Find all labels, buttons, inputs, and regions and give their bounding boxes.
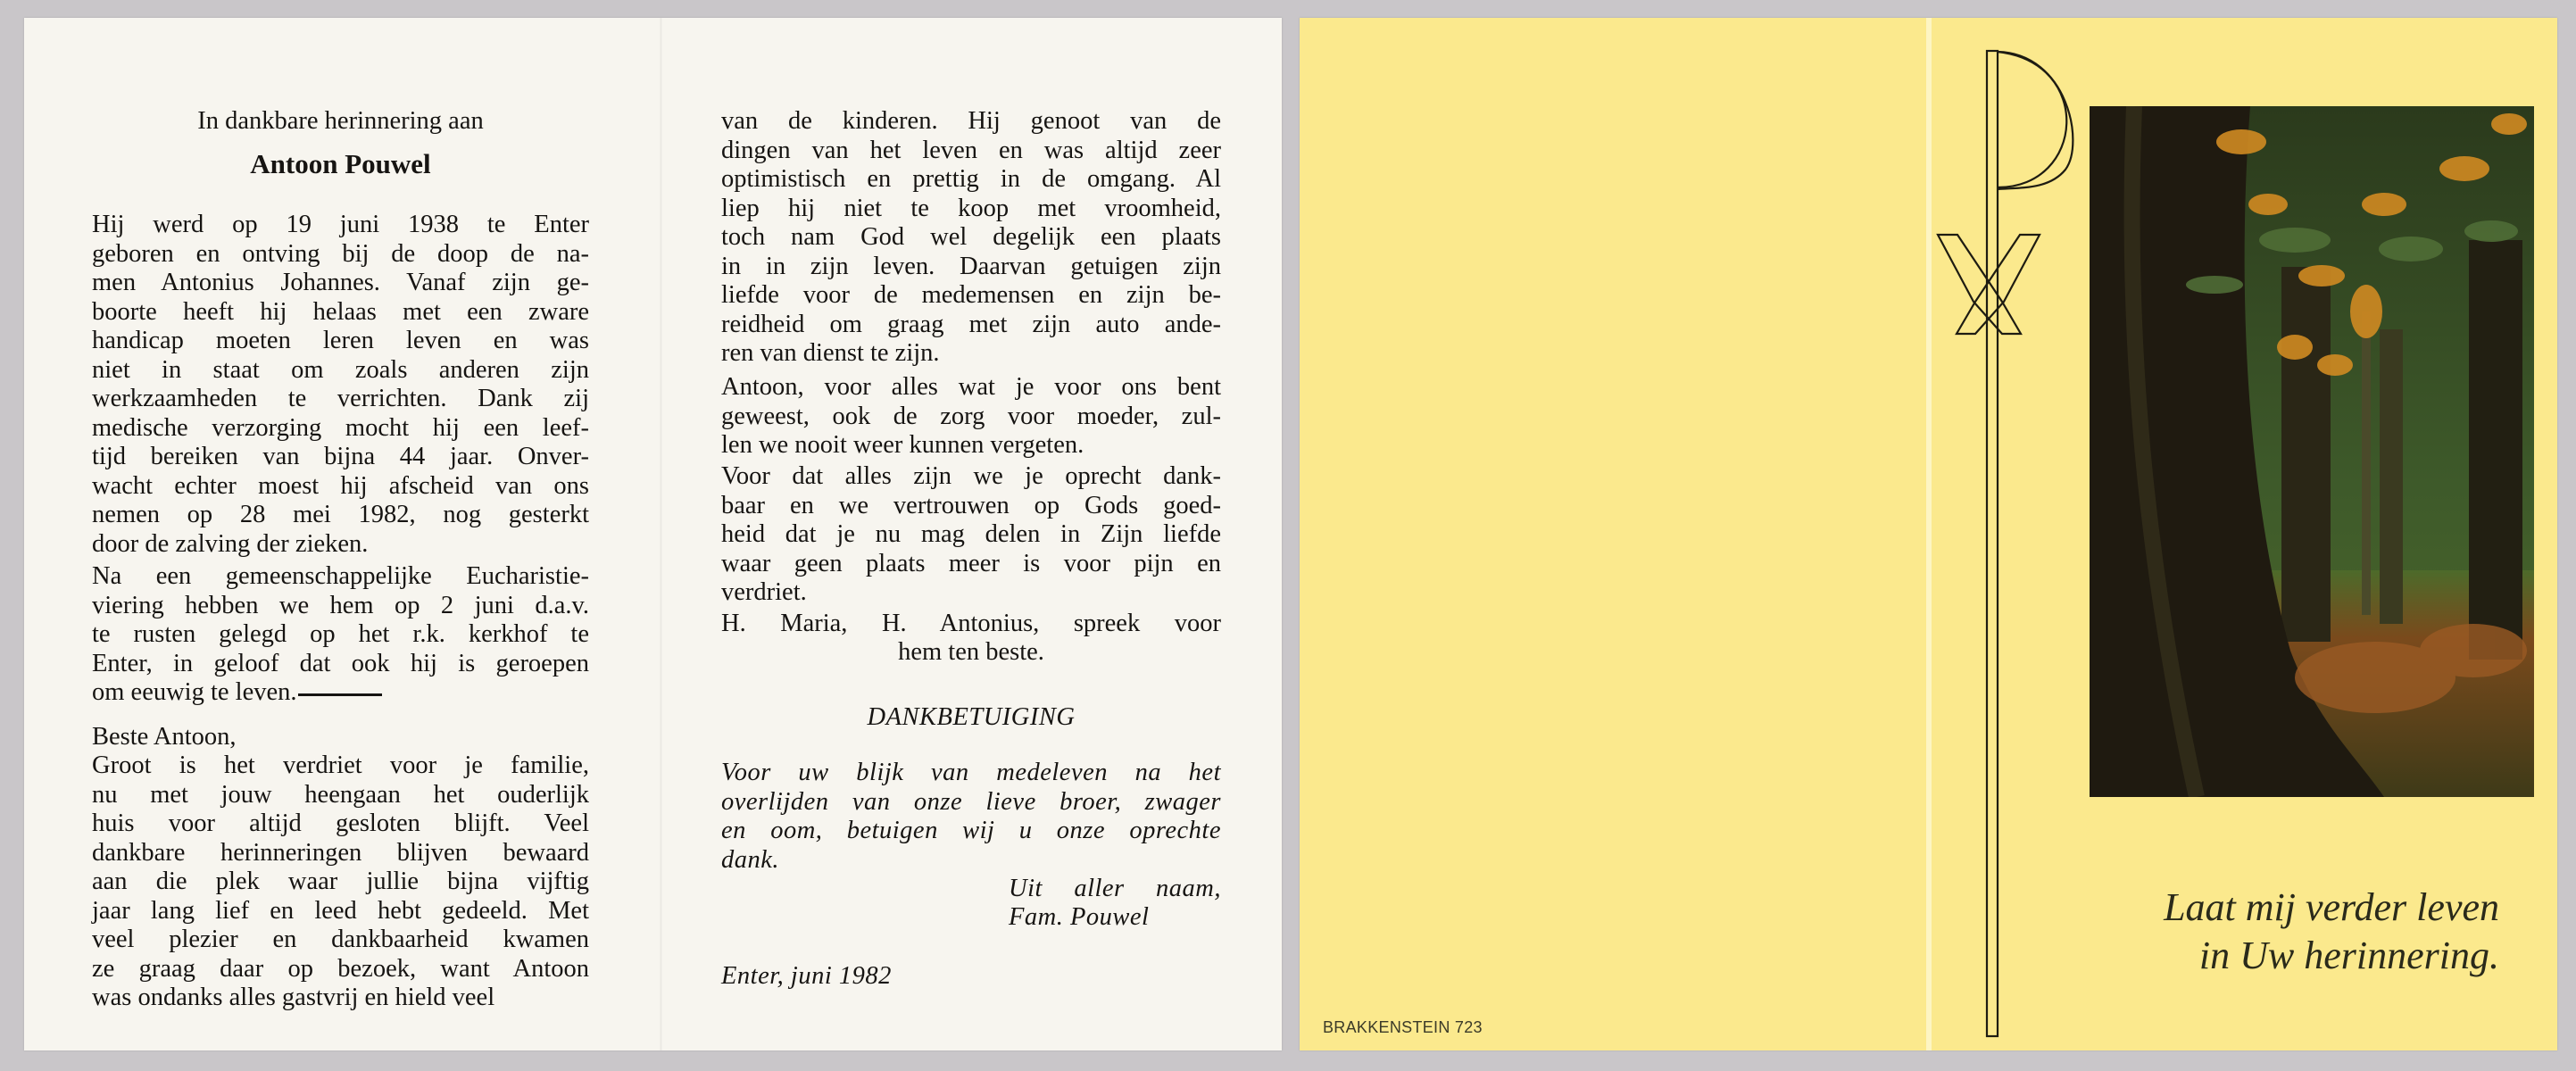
text-line: Hij werd op 19 juni 1938 te Enter xyxy=(92,211,589,240)
text-line: handicap moeten leren leven en was xyxy=(92,327,589,356)
signature-line-1: Uit aller naam, xyxy=(1009,875,1221,904)
place-date: Enter, juni 1982 xyxy=(721,962,1221,992)
text-line: liep hij niet te koop met vroomheid, xyxy=(721,195,1221,224)
text-line: optimistisch en prettig in de omgang. Al xyxy=(721,165,1221,195)
text-line: nu met jouw heengaan het ouderlijk xyxy=(92,781,589,810)
text-line: Enter, in geloof dat ook hij is geroepen xyxy=(92,650,589,679)
character-paragraph: van de kinderen. Hij genoot van dedingen… xyxy=(721,107,1221,369)
text-line: en oom, betuigen wij u onze oprechte xyxy=(721,817,1221,846)
funeral-paragraph: Na een gemeenschappelijke Eucharistie-vi… xyxy=(92,562,589,708)
divider xyxy=(298,693,382,696)
biography-paragraph: Hij werd op 19 juni 1938 te Entergeboren… xyxy=(92,211,589,559)
text-line: reidheid om graag met zijn auto ande- xyxy=(721,311,1221,340)
text-line: huis voor altijd gesloten blijft. Veel xyxy=(92,809,589,839)
text-line: Antoon, voor alles wat je voor ons bent xyxy=(721,373,1221,403)
text-line: heid dat je nu mag delen in Zijn liefde xyxy=(721,520,1221,550)
text-line: viering hebben we hem op 2 juni d.a.v. xyxy=(92,592,589,621)
outer-card: BRAKKENSTEIN 723 xyxy=(1300,18,2557,1050)
memorial-heading: In dankbare herinnering aan xyxy=(92,107,589,137)
text-line: Voor uw blijk van medeleven na het xyxy=(721,759,1221,788)
text-line: toch nam God wel degelijk een plaats xyxy=(721,223,1221,253)
text-line: medische verzorging mocht hij een leef- xyxy=(92,414,589,444)
deceased-name: Antoon Pouwel xyxy=(92,150,589,179)
text-line: door de zalving der zieken. xyxy=(92,530,589,560)
autumn-forest-photo xyxy=(2090,106,2534,797)
inner-card: In dankbare herinnering aan Antoon Pouwe… xyxy=(24,18,1282,1050)
text-line: Na een gemeenschappelijke Eucharistie- xyxy=(92,562,589,592)
text-line: wacht echter moest hij afscheid van ons xyxy=(92,472,589,502)
text-line: in in zijn leven. Daarvan getuigen zijn xyxy=(721,253,1221,282)
text-line: ze graag daar op bezoek, want Antoon xyxy=(92,955,589,984)
text-line: werkzaamheden te verrichten. Dank zij xyxy=(92,385,589,414)
text-line: len we nooit weer kunnen vergeten. xyxy=(721,431,1221,461)
text-line: aan die plek waar jullie bijna vijftig xyxy=(92,868,589,897)
text-line: was ondanks alles gastvrij en hield veel xyxy=(92,984,589,1013)
signature-line-2: Fam. Pouwel xyxy=(1009,903,1221,933)
text-line: men Antonius Johannes. Vanaf zijn ge- xyxy=(92,269,589,298)
text-line: nemen op 28 mei 1982, nog gesterkt xyxy=(92,501,589,530)
text-line: verdriet. xyxy=(721,578,1221,608)
text-line: ren van dienst te zijn. xyxy=(721,339,1221,369)
text-line: overlijden van onze lieve broer, zwager xyxy=(721,788,1221,818)
thanks-heading: DANKBETUIGING xyxy=(721,703,1221,733)
faith-paragraph: Voor dat alles zijn we je oprecht dank-b… xyxy=(721,462,1221,608)
prayer-line: H. Maria, H. Antonius, spreek voor xyxy=(721,610,1221,639)
text-line: te rusten gelegd op het r.k. kerkhof te xyxy=(92,620,589,650)
text-line: Groot is het verdriet voor je familie, xyxy=(92,751,589,781)
caption: Laat mij verder leven in Uw herinnering. xyxy=(2164,884,2499,980)
thanks-paragraph: Voor uw blijk van medeleven na hetoverli… xyxy=(721,759,1221,875)
gratitude-paragraph: Antoon, voor alles wat je voor ons bentg… xyxy=(721,373,1221,461)
letter-paragraph: Groot is het verdriet voor je familie,nu… xyxy=(92,751,589,1013)
text-line: dankbare herinneringen blijven bewaard xyxy=(92,839,589,868)
salutation: Beste Antoon, xyxy=(92,723,589,752)
text-line: van de kinderen. Hij genoot van de xyxy=(721,107,1221,137)
text-line: geboren en ontving bij de doop de na- xyxy=(92,240,589,270)
text-line: veel plezier en dankbaarheid kwamen xyxy=(92,926,589,955)
text-line: baar en we vertrouwen op Gods goed- xyxy=(721,492,1221,521)
text-line: dingen van het leven en was altijd zeer xyxy=(721,137,1221,166)
fold-line xyxy=(660,18,662,1050)
text-line: liefde voor de medemensen en zijn be- xyxy=(721,281,1221,311)
text-line: dank. xyxy=(721,846,1221,876)
text-line: niet in staat om zoals anderen zijn xyxy=(92,356,589,386)
text-line: Voor dat alles zijn we je oprecht dank- xyxy=(721,462,1221,492)
text-line: boorte heeft hij helaas met een zware xyxy=(92,298,589,328)
caption-line-1: Laat mij verder leven xyxy=(2164,884,2499,932)
text-line: waar geen plaats meer is voor pijn en xyxy=(721,550,1221,579)
prayer-line-2: hem ten beste. xyxy=(721,638,1221,668)
text-line: tijd bereiken van bijna 44 jaar. Onver- xyxy=(92,443,589,472)
text-line: jaar lang lief en leed hebt gedeeld. Met xyxy=(92,897,589,926)
text-line: geweest, ook de zorg voor moeder, zul- xyxy=(721,403,1221,432)
caption-line-2: in Uw herinnering. xyxy=(2164,932,2499,980)
